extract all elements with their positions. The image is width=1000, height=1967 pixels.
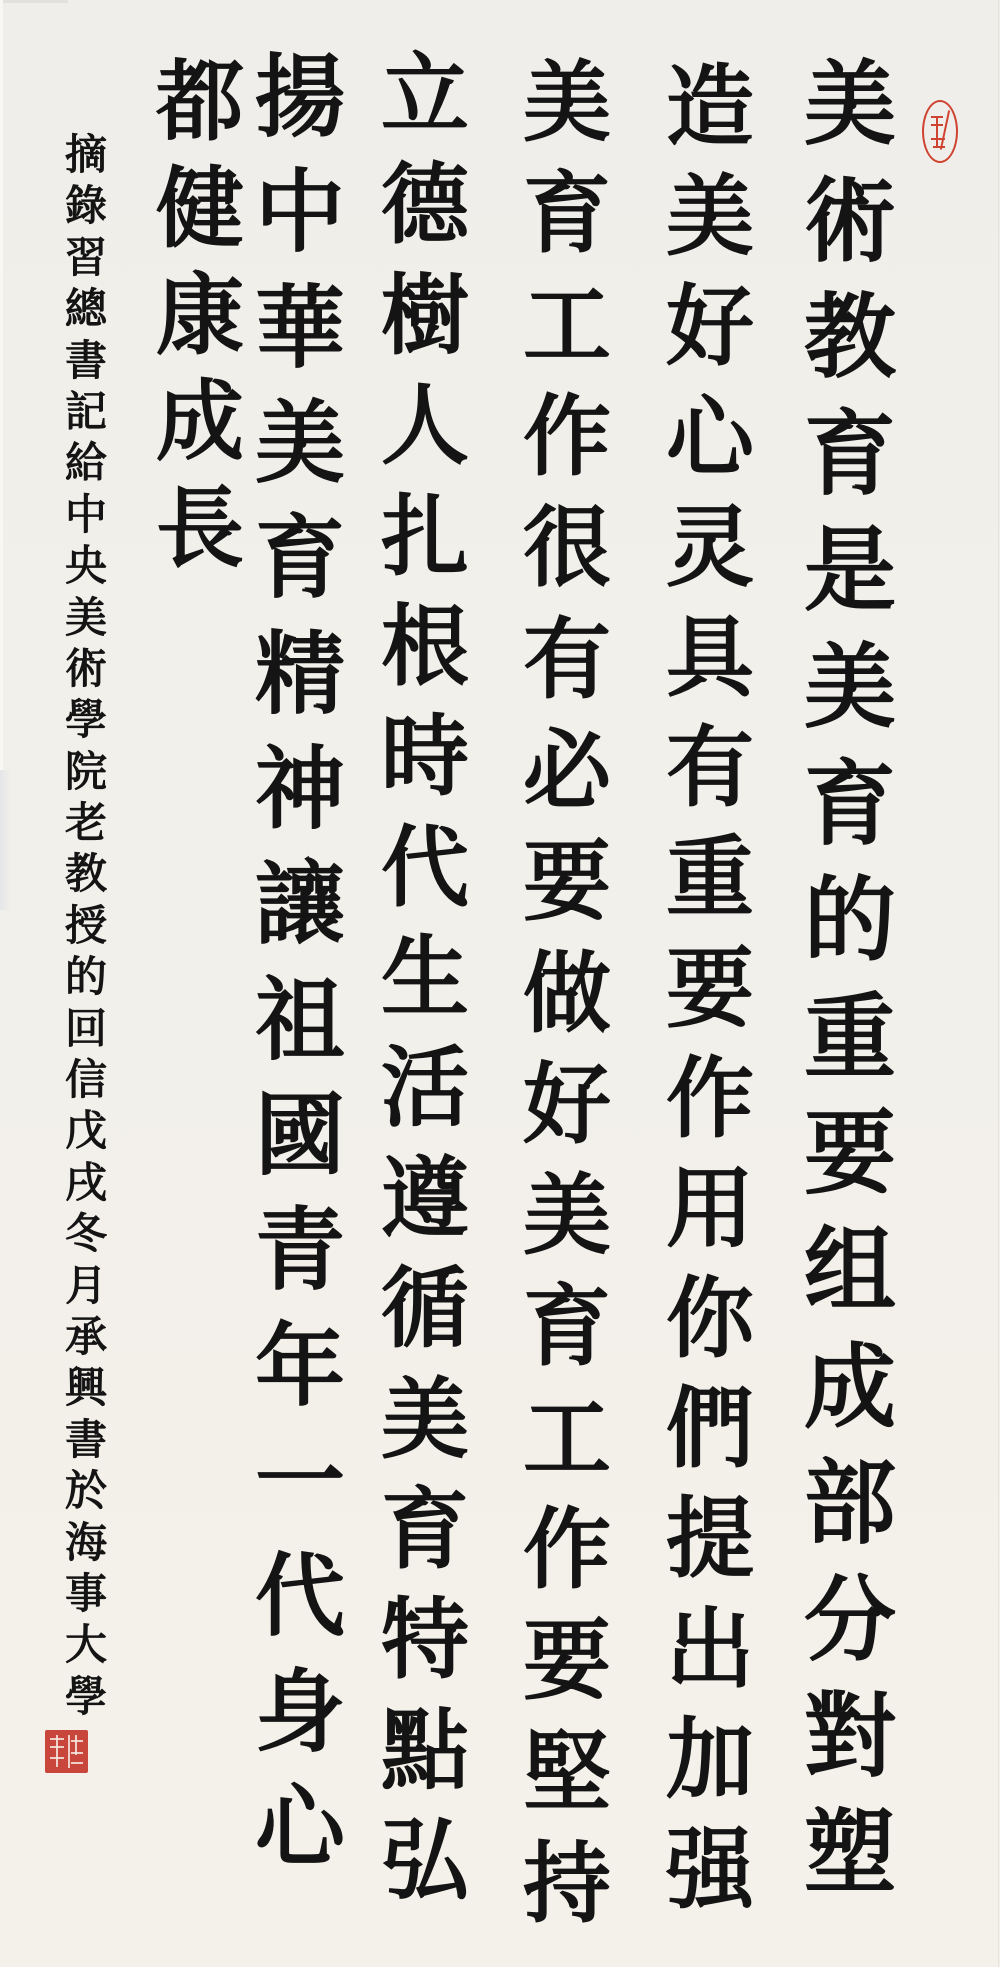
seal-stroke: [71, 1762, 83, 1764]
calligraphy-character: 戌: [65, 1162, 107, 1204]
seal-stroke: [56, 1735, 58, 1767]
calligraphy-character: 教: [65, 853, 107, 895]
calligraphy-character: 學: [65, 699, 107, 741]
calligraphy-character: 代: [381, 823, 469, 911]
calligraphy-character: 根: [381, 602, 469, 690]
calligraphy-character: 育: [804, 758, 896, 850]
calligraphy-character: 康: [156, 271, 244, 359]
calligraphy-character: 華: [255, 283, 345, 373]
scan-edge-top: [0, 0, 68, 3]
oval-seal-icon: [922, 100, 958, 163]
calligraphy-character: 美: [523, 1171, 611, 1259]
calligraphy-character: 興: [65, 1367, 107, 1409]
calligraphy-character: 老: [65, 802, 107, 844]
calligraphy-character: 成: [156, 377, 244, 465]
calligraphy-character: 塑: [804, 1807, 896, 1899]
calligraphy-character: 工: [523, 281, 611, 369]
calligraphy-character: 出: [666, 1605, 754, 1693]
calligraphy-character: 摘: [65, 134, 107, 176]
calligraphy-character: 心: [255, 1782, 345, 1872]
seal-stroke: [71, 1752, 83, 1754]
calligraphy-character: 重: [804, 991, 896, 1083]
calligraphy-character: 造: [666, 62, 754, 150]
scan-edge-right: [998, 0, 999, 1967]
calligraphy-character: 强: [666, 1825, 754, 1913]
calligraphy-character: 循: [381, 1264, 469, 1352]
calligraphy-character: 錄: [65, 185, 107, 227]
calligraphy-character: 活: [381, 1043, 469, 1131]
calligraphy-character: 是: [804, 524, 896, 616]
calligraphy-character: 們: [666, 1384, 754, 1472]
inscription-column: 摘錄習總書記給中央美術學院老教授的回信戊戌冬月承興書於海事大學: [61, 134, 111, 1718]
calligraphy-character: 大: [65, 1624, 107, 1666]
calligraphy-character: 讓: [255, 859, 345, 949]
seal-stroke: [71, 1740, 83, 1742]
calligraphy-character: 對: [804, 1690, 896, 1782]
calligraphy-character: 海: [65, 1522, 107, 1564]
text-column-1: 美術教育是美育的重要组成部分對塑: [795, 58, 905, 1899]
calligraphy-character: 教: [804, 291, 896, 383]
calligraphy-character: 美: [65, 597, 107, 639]
calligraphy-character: 要: [804, 1107, 896, 1199]
calligraphy-character: 扎: [381, 492, 469, 580]
calligraphy-character: 遵: [381, 1154, 469, 1242]
calligraphy-character: 生: [381, 933, 469, 1021]
calligraphy-character: 回: [65, 1008, 107, 1050]
calligraphy-character: 中: [255, 167, 345, 257]
text-column-3: 美育工作很有必要做好美育工作要堅持: [512, 58, 622, 1927]
calligraphy-character: 育: [523, 1282, 611, 1370]
calligraphy-character: 做: [523, 949, 611, 1037]
calligraphy-character: 美: [804, 641, 896, 733]
calligraphy-character: 術: [65, 648, 107, 690]
calligraphy-character: 院: [65, 751, 107, 793]
calligraphy-character: 長: [156, 484, 244, 572]
calligraphy-character: 分: [804, 1574, 896, 1666]
calligraphy-character: 美: [255, 398, 345, 488]
calligraphy-character: 育: [381, 1485, 469, 1573]
calligraphy-character: 具: [666, 613, 754, 701]
calligraphy-character: 作: [666, 1054, 754, 1142]
calligraphy-character: 樹: [381, 271, 469, 359]
calligraphy-character: 記: [65, 391, 107, 433]
seal-stroke: [68, 1735, 70, 1768]
calligraphy-character: 揚: [255, 52, 345, 142]
calligraphy-character: 精: [255, 629, 345, 719]
calligraphy-character: 有: [523, 615, 611, 703]
calligraphy-character: 冬: [65, 1213, 107, 1255]
calligraphy-character: 要: [523, 1616, 611, 1704]
calligraphy-character: 事: [65, 1573, 107, 1615]
calligraphy-character: 美: [666, 172, 754, 260]
calligraphy-character: 於: [65, 1470, 107, 1512]
calligraphy-character: 成: [804, 1341, 896, 1433]
calligraphy-character: 書: [65, 340, 107, 382]
text-column-2: 造美好心灵具有重要作用你們提出加强: [655, 62, 765, 1913]
calligraphy-character: 部: [804, 1457, 896, 1549]
calligraphy-character: 加: [666, 1715, 754, 1803]
calligraphy-character: 美: [381, 1375, 469, 1463]
calligraphy-character: 好: [666, 282, 754, 370]
calligraphy-character: 信: [65, 1059, 107, 1101]
calligraphy-character: 年: [255, 1321, 345, 1411]
calligraphy-character: 必: [523, 726, 611, 814]
calligraphy-character: 神: [255, 744, 345, 834]
calligraphy-character: 承: [65, 1316, 107, 1358]
seal-stroke: [933, 146, 945, 148]
scan-shadow-left: [0, 770, 12, 910]
calligraphy-character: 育: [804, 408, 896, 500]
calligraphy-character: 育: [255, 513, 345, 603]
calligraphy-character: 總: [65, 288, 107, 330]
calligraphy-character: 立: [381, 50, 469, 138]
calligraphy-character: 堅: [523, 1728, 611, 1816]
calligraphy-character: 央: [65, 545, 107, 587]
calligraphy-character: 祖: [255, 975, 345, 1065]
calligraphy-character: 灵: [666, 503, 754, 591]
text-column-6: 都健康成長: [145, 57, 255, 572]
calligraphy-character: 點: [381, 1706, 469, 1794]
calligraphy-character: 學: [65, 1676, 107, 1718]
calligraphy-character: 持: [523, 1839, 611, 1927]
calligraphy-character: 组: [804, 1224, 896, 1316]
text-column-5: 揚中華美育精神讓祖國青年一代身心: [245, 52, 355, 1872]
calligraphy-character: 一: [255, 1436, 345, 1526]
calligraphy-character: 美: [804, 58, 896, 150]
calligraphy-character: 中: [65, 494, 107, 536]
calligraphy-character: 人: [381, 381, 469, 469]
calligraphy-character: 國: [255, 1090, 345, 1180]
calligraphy-character: 時: [381, 712, 469, 800]
calligraphy-character: 重: [666, 833, 754, 921]
calligraphy-character: 要: [523, 837, 611, 925]
calligraphy-character: 作: [523, 392, 611, 480]
calligraphy-character: 美: [523, 58, 611, 146]
calligraphy-character: 你: [666, 1274, 754, 1362]
calligraphy-character: 戊: [65, 1110, 107, 1152]
text-column-4: 立德樹人扎根時代生活遵循美育特點弘: [370, 50, 480, 1904]
seal-stroke: [936, 116, 938, 146]
calligraphy-character: 書: [65, 1419, 107, 1461]
calligraphy-character: 授: [65, 905, 107, 947]
calligraphy-character: 青: [255, 1205, 345, 1295]
calligraphy-character: 月: [65, 1265, 107, 1307]
calligraphy-character: 好: [523, 1060, 611, 1148]
calligraphy-character: 術: [804, 175, 896, 267]
calligraphy-character: 代: [255, 1551, 345, 1641]
calligraphy-character: 育: [523, 169, 611, 257]
calligraphy-character: 都: [156, 57, 244, 145]
calligraphy-character: 工: [523, 1394, 611, 1482]
calligraphy-character: 健: [156, 164, 244, 252]
calligraphy-character: 用: [666, 1164, 754, 1252]
calligraphy-character: 特: [381, 1595, 469, 1683]
calligraphy-character: 作: [523, 1505, 611, 1593]
calligraphy-character: 有: [666, 723, 754, 811]
calligraphy-character: 提: [666, 1494, 754, 1582]
calligraphy-character: 身: [255, 1667, 345, 1757]
calligraphy-character: 的: [65, 956, 107, 998]
calligraphy-character: 很: [523, 503, 611, 591]
scan-edge-left: [0, 0, 3, 770]
calligraphy-character: 心: [666, 393, 754, 481]
calligraphy-character: 給: [65, 442, 107, 484]
calligraphy-character: 弘: [381, 1816, 469, 1904]
calligraphy-character: 習: [65, 237, 107, 279]
seal-stroke: [50, 1757, 64, 1759]
calligraphy-character: 要: [666, 944, 754, 1032]
square-seal-icon: [45, 1730, 88, 1773]
calligraphy-character: 德: [381, 160, 469, 248]
calligraphy-character: 的: [804, 874, 896, 966]
